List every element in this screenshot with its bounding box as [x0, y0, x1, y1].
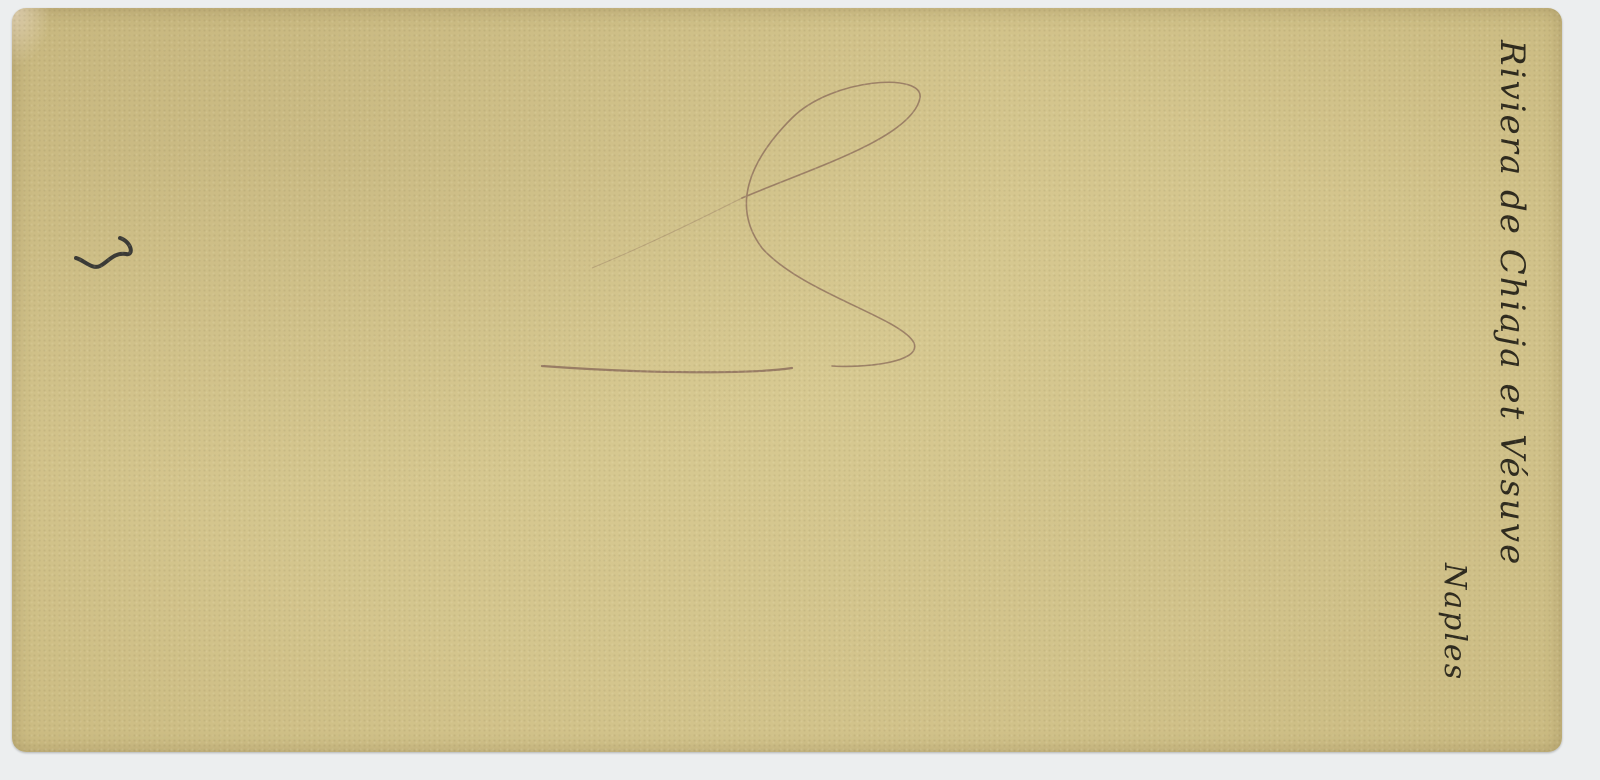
scan-background: Riviera de Chiaja et Vésuve Naples — [0, 0, 1600, 780]
corner-wear — [12, 8, 52, 68]
pencil-flourish — [532, 78, 932, 388]
stereoview-card-back: Riviera de Chiaja et Vésuve Naples — [12, 8, 1562, 752]
inscription-title: Riviera de Chiaja et Vésuve — [1492, 40, 1532, 566]
inscription-city: Naples — [1437, 563, 1472, 681]
handwritten-number-3 — [70, 230, 140, 280]
